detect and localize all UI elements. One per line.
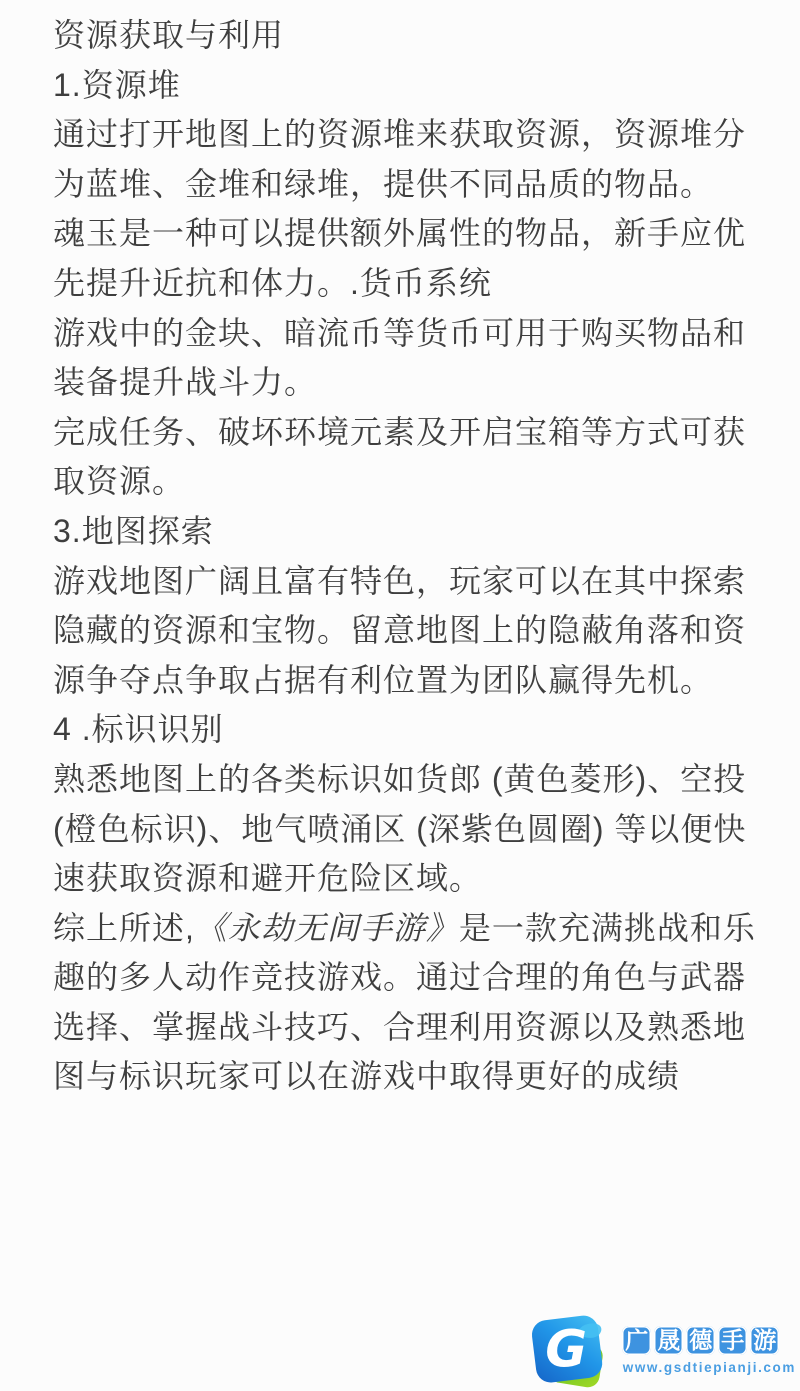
- brand-character-tile: 手: [718, 1326, 747, 1355]
- brand-character-tile: 德: [686, 1326, 715, 1355]
- text-line: 熟悉地图上的各类标识如货郎 (黄色菱形)、空投: [53, 755, 755, 805]
- brand-character-tile: 广: [622, 1326, 651, 1355]
- watermark: G 广晟德手游 www.gsdtiepianji.com: [527, 1310, 796, 1390]
- text-line: 图与标识玩家可以在游戏中取得更好的成绩: [53, 1052, 755, 1102]
- text-line: 趣的多人动作竞技游戏。通过合理的角色与武器: [53, 953, 755, 1003]
- text-line: 完成任务、破坏环境元素及开启宝箱等方式可获: [53, 408, 755, 458]
- text-line: 资源获取与利用: [53, 11, 755, 61]
- brand-character-tile: 游: [750, 1326, 779, 1355]
- text-line: (橙色标识)、地气喷涌区 (深紫色圆圈) 等以便快: [53, 805, 755, 855]
- text-line: 为蓝堆、金堆和绿堆，提供不同品质的物品。: [53, 160, 755, 210]
- text-segment: 《永劫无间手游》: [195, 910, 459, 946]
- text-line: 综上所述,《永劫无间手游》是一款充满挑战和乐: [53, 904, 755, 954]
- text-line: 先提升近抗和体力。.货币系统: [53, 259, 755, 309]
- text-line: 通过打开地图上的资源堆来获取资源，资源堆分: [53, 110, 755, 160]
- text-line: 隐藏的资源和宝物。留意地图上的隐蔽角落和资: [53, 606, 755, 656]
- text-line: 取资源。: [53, 457, 755, 507]
- watermark-text-column: 广晟德手游 www.gsdtiepianji.com: [621, 1326, 796, 1375]
- text-line: 4 .标识识别: [53, 705, 755, 755]
- text-line: 游戏地图广阔且富有特色，玩家可以在其中探索: [53, 557, 755, 607]
- brand-url: www.gsdtiepianji.com: [623, 1360, 796, 1375]
- text-segment: 综上所述,: [53, 910, 195, 946]
- text-line: 源争夺点争取占据有利位置为团队赢得先机。: [53, 656, 755, 706]
- text-line: 3.地图探索: [53, 507, 755, 557]
- text-segment: 是一款充满挑战和乐: [459, 910, 756, 946]
- brand-name: 广晟德手游: [621, 1326, 781, 1355]
- text-line: 1.资源堆: [53, 61, 755, 111]
- text-line: 选择、掌握战斗技巧、合理利用资源以及熟悉地: [53, 1003, 755, 1053]
- text-line: 游戏中的金块、暗流币等货币可用于购买物品和: [53, 309, 755, 359]
- document-body: 资源获取与利用1.资源堆通过打开地图上的资源堆来获取资源，资源堆分为蓝堆、金堆和…: [53, 11, 755, 1102]
- svg-text:G: G: [545, 1320, 587, 1379]
- text-line: 魂玉是一种可以提供额外属性的物品，新手应优: [53, 209, 755, 259]
- text-line: 速获取资源和避开危险区域。: [53, 854, 755, 904]
- text-line: 装备提升战斗力。: [53, 358, 755, 408]
- brand-character-tile: 晟: [654, 1326, 683, 1355]
- g-logo-icon: G: [527, 1310, 615, 1390]
